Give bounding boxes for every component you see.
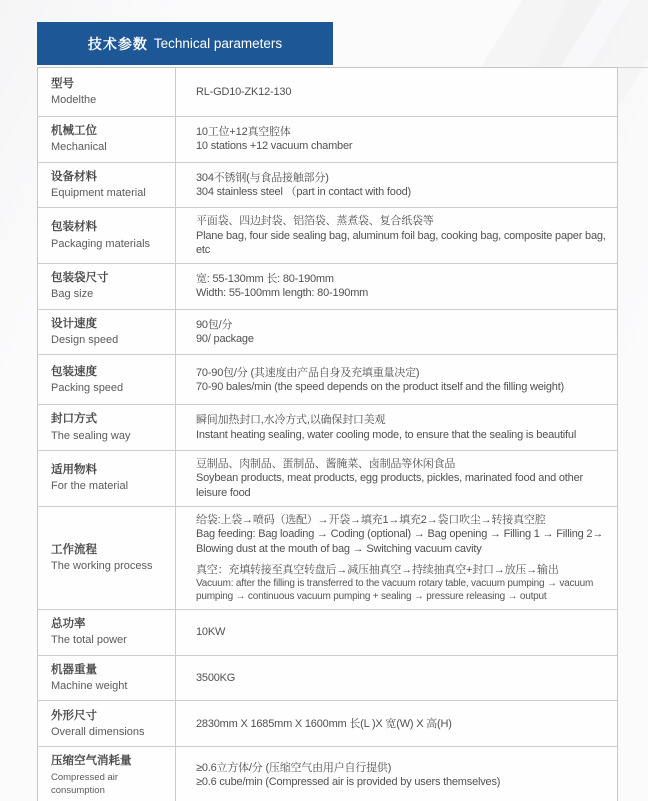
value-line: 70-90包/分 (其速度由产品自身及充填重量决定) <box>196 366 611 380</box>
table-row: 机械工位Mechanical10工位+12真空腔体10 stations +12… <box>38 116 617 162</box>
value-line: Plane bag, four side sealing bag, alumin… <box>196 229 611 258</box>
row-label: 适用物料For the material <box>38 451 176 506</box>
row-label-zh: 设备材料 <box>51 169 169 186</box>
row-value: 宽: 55-130mm 长: 80-190mmWidth: 55-100mm l… <box>176 264 617 309</box>
row-label-en: Equipment material <box>51 186 169 201</box>
value-line: 90包/分 <box>196 318 611 332</box>
row-label-en: Packing speed <box>51 381 169 396</box>
row-label-zh: 压缩空气消耗量 <box>51 753 169 770</box>
value-line: 10KW <box>196 625 611 639</box>
table-row: 机器重量Machine weight3500KG <box>38 655 617 701</box>
row-value: 平面袋、四边封袋、铝箔袋、蒸煮袋、复合纸袋等Plane bag, four si… <box>176 208 617 263</box>
table-row: 包装袋尺寸Bag size宽: 55-130mm 长: 80-190mmWidt… <box>38 263 617 309</box>
row-label: 包装材料Packaging materials <box>38 208 176 263</box>
row-value: 瞬间加热封口,水冷方式,以确保封口美观Instant heating seali… <box>176 405 617 450</box>
row-value: 70-90包/分 (其速度由产品自身及充填重量决定)70-90 bales/mi… <box>176 355 617 404</box>
row-label: 设计速度Design speed <box>38 310 176 355</box>
row-label-zh: 机械工位 <box>51 123 169 140</box>
row-label-en: Machine weight <box>51 679 169 694</box>
value-line: 真空：充填转接至真空转盘后→减压抽真空→持续抽真空+封口→放压→输出 <box>196 563 611 577</box>
row-label-en: Mechanical <box>51 140 169 155</box>
row-label-zh: 设计速度 <box>51 316 169 333</box>
row-label-zh: 包装速度 <box>51 364 169 381</box>
row-label: 机器重量Machine weight <box>38 656 176 701</box>
row-value: 90包/分90/ package <box>176 310 617 355</box>
value-line: 宽: 55-130mm 长: 80-190mm <box>196 272 611 286</box>
table-row: 包装材料Packaging materials平面袋、四边封袋、铝箔袋、蒸煮袋、… <box>38 207 617 263</box>
table-row: 适用物料For the material豆制品、肉制品、蛋制品、酱腌菜、卤制品等… <box>38 450 617 506</box>
table-row: 设计速度Design speed90包/分90/ package <box>38 309 617 355</box>
row-label-en: The sealing way <box>51 429 169 444</box>
row-value: 10工位+12真空腔体10 stations +12 vacuum chambe… <box>176 117 617 162</box>
row-label-zh: 总功率 <box>51 616 169 633</box>
table-row: 总功率The total power10KW <box>38 609 617 655</box>
row-label-zh: 型号 <box>51 76 169 93</box>
value-line: 给袋:上袋→喷码（选配）→开袋→填充1→填充2→袋口吹尘→转接真空腔 <box>196 513 611 527</box>
value-line: Width: 55-100mm length: 80-190mm <box>196 286 611 300</box>
row-value: 2830mm X 1685mm X 1600mm 长(L )X 宽(W) X 高… <box>176 701 617 746</box>
row-label: 工作流程The working process <box>38 507 176 609</box>
row-label-en: Packaging materials <box>51 237 169 252</box>
row-label-en: Overall dimensions <box>51 725 169 740</box>
table-row: 工作流程The working process给袋:上袋→喷码（选配）→开袋→填… <box>38 506 617 609</box>
value-line: 304 stainless steel （part in contact wit… <box>196 185 611 199</box>
value-line: 10 stations +12 vacuum chamber <box>196 139 611 153</box>
table-row: 压缩空气消耗量Compressed air consumption≥0.6立方体… <box>38 746 617 801</box>
value-line: 3500KG <box>196 671 611 685</box>
row-label-en: Design speed <box>51 333 169 348</box>
table-row: 包装速度Packing speed70-90包/分 (其速度由产品自身及充填重量… <box>38 354 617 404</box>
row-label: 封口方式The sealing way <box>38 405 176 450</box>
row-value: ≥0.6立方体/分 (压缩空气由用户自行提供)≥0.6 cube/min (Co… <box>176 747 617 801</box>
row-label-en: Compressed air consumption <box>51 771 169 798</box>
table-row: 封口方式The sealing way瞬间加热封口,水冷方式,以确保封口美观In… <box>38 404 617 450</box>
row-label: 包装袋尺寸Bag size <box>38 264 176 309</box>
row-label: 包装速度Packing speed <box>38 355 176 404</box>
value-line: Vacuum: after the filling is transferred… <box>196 577 611 603</box>
page-title: 技术参数 Technical parameters <box>37 22 333 65</box>
value-line: 豆制品、肉制品、蛋制品、酱腌菜、卤制品等休闲食品 <box>196 457 611 471</box>
value-line: 瞬间加热封口,水冷方式,以确保封口美观 <box>196 413 611 427</box>
row-label-zh: 包装材料 <box>51 219 169 236</box>
row-label-zh: 适用物料 <box>51 462 169 479</box>
table-row: 型号ModeltheRL-GD10-ZK12-130 <box>38 68 617 116</box>
value-line: 平面袋、四边封袋、铝箔袋、蒸煮袋、复合纸袋等 <box>196 214 611 228</box>
parameters-table: 型号ModeltheRL-GD10-ZK12-130机械工位Mechanical… <box>37 67 618 801</box>
table-row: 设备材料Equipment material304不锈钢(与食品接触部分)304… <box>38 162 617 208</box>
value-line: 10工位+12真空腔体 <box>196 125 611 139</box>
value-line: RL-GD10-ZK12-130 <box>196 85 611 99</box>
value-line: Soybean products, meat products, egg pro… <box>196 471 611 500</box>
value-line: Bag feeding: Bag loading → Coding (optio… <box>196 527 611 556</box>
page-title-en: Technical parameters <box>154 36 282 51</box>
row-label-zh: 包装袋尺寸 <box>51 270 169 287</box>
value-line: 2830mm X 1685mm X 1600mm 长(L )X 宽(W) X 高… <box>196 717 611 731</box>
row-label-zh: 机器重量 <box>51 662 169 679</box>
page-title-zh: 技术参数 <box>88 34 148 54</box>
value-line: 304不锈钢(与食品接触部分) <box>196 171 611 185</box>
row-label: 总功率The total power <box>38 610 176 655</box>
row-value: 3500KG <box>176 656 617 701</box>
value-line: 90/ package <box>196 332 611 346</box>
row-label-en: Bag size <box>51 287 169 302</box>
row-label-en: For the material <box>51 479 169 494</box>
row-label: 压缩空气消耗量Compressed air consumption <box>38 747 176 801</box>
row-label-zh: 封口方式 <box>51 411 169 428</box>
value-line: ≥0.6立方体/分 (压缩空气由用户自行提供) <box>196 761 611 775</box>
row-label: 机械工位Mechanical <box>38 117 176 162</box>
row-value: 10KW <box>176 610 617 655</box>
value-line: Instant heating sealing, water cooling m… <box>196 428 611 442</box>
row-label-zh: 工作流程 <box>51 542 169 559</box>
row-label-en: Modelthe <box>51 93 169 108</box>
row-value: 豆制品、肉制品、蛋制品、酱腌菜、卤制品等休闲食品Soybean products… <box>176 451 617 506</box>
value-line: 70-90 bales/min (the speed depends on th… <box>196 380 611 394</box>
table-row: 外形尺寸Overall dimensions2830mm X 1685mm X … <box>38 700 617 746</box>
row-label: 设备材料Equipment material <box>38 163 176 208</box>
row-value: RL-GD10-ZK12-130 <box>176 68 617 116</box>
row-value: 给袋:上袋→喷码（选配）→开袋→填充1→填充2→袋口吹尘→转接真空腔Bag fe… <box>176 507 617 609</box>
row-label-zh: 外形尺寸 <box>51 708 169 725</box>
row-label-en: The total power <box>51 633 169 648</box>
value-line: ≥0.6 cube/min (Compressed air is provide… <box>196 775 611 789</box>
row-label: 型号Modelthe <box>38 68 176 116</box>
row-label: 外形尺寸Overall dimensions <box>38 701 176 746</box>
row-value: 304不锈钢(与食品接触部分)304 stainless steel （part… <box>176 163 617 208</box>
row-label-en: The working process <box>51 559 169 574</box>
